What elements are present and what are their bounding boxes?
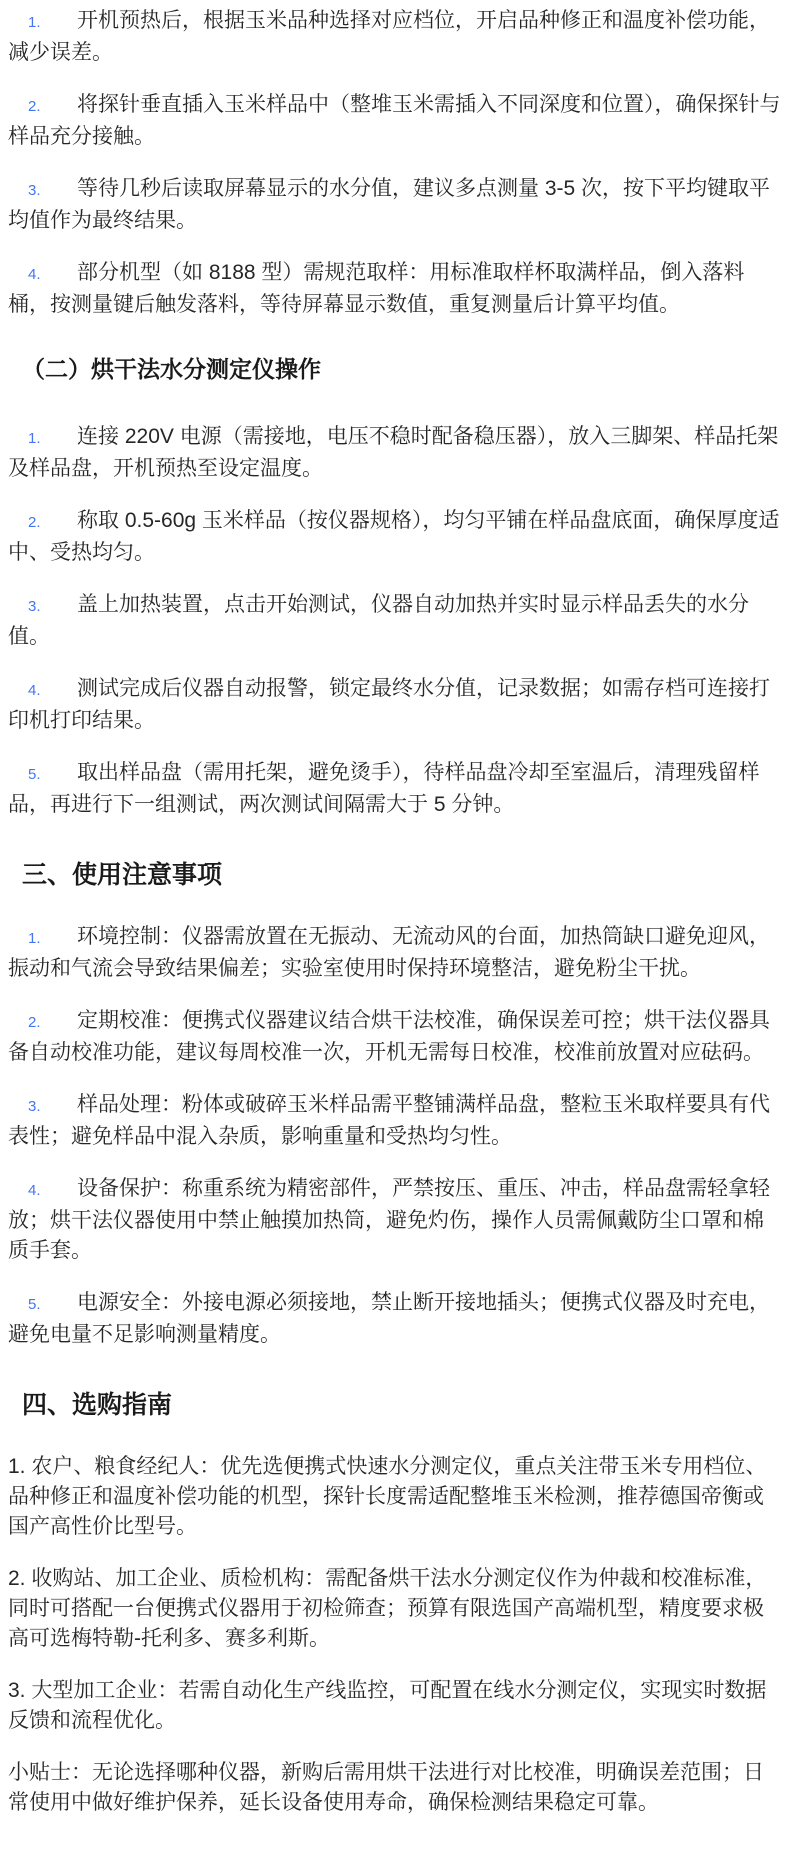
document-body: 1.开机预热后，根据玉米品种选择对应档位，开启品种修正和温度补偿功能，减少误差。… (0, 0, 791, 1850)
list-item: 5.取出样品盘（需用托架，避免烫手），待样品盘冷却至室温后，清理残留样品，再进行… (8, 758, 783, 820)
list-item-number: 3. (28, 176, 77, 206)
subsection-heading-drying-method: （二）烘干法水分测定仪操作 (22, 354, 783, 384)
paragraph-buying-large-enterprises: 3. 大型加工企业：若需自动化生产线监控，可配置在线水分测定仪，实现实时数据反馈… (8, 1676, 783, 1736)
list-item: 4.测试完成后仪器自动报警，锁定最终水分值，记录数据；如需存档可连接打印机打印结… (8, 674, 783, 736)
list-item-number: 2. (28, 508, 77, 538)
list-item-text: 取出样品盘（需用托架，避免烫手），待样品盘冷却至室温后，清理残留样品，再进行下一… (8, 761, 760, 816)
list-item-number: 1. (28, 924, 77, 954)
list-item: 4.设备保护：称重系统为精密部件，严禁按压、重压、冲击，样品盘需轻拿轻放；烘干法… (8, 1174, 783, 1266)
paragraph-tips: 小贴士：无论选择哪种仪器，新购后需用烘干法进行对比校准，明确误差范围；日常使用中… (8, 1758, 783, 1818)
list-item-text: 样品处理：粉体或破碎玉米样品需平整铺满样品盘，整粒玉米取样要具有代表性；避免样品… (8, 1093, 770, 1148)
paragraph-buying-farmers: 1. 农户、粮食经纪人：优先选便携式快速水分测定仪，重点关注带玉米专用档位、品种… (8, 1452, 783, 1542)
list-item: 3.样品处理：粉体或破碎玉米样品需平整铺满样品盘，整粒玉米取样要具有代表性；避免… (8, 1090, 783, 1152)
list-item: 3.等待几秒后读取屏幕显示的水分值，建议多点测量 3-5 次，按下平均键取平均值… (8, 174, 783, 236)
list-item-text: 定期校准：便携式仪器建议结合烘干法校准，确保误差可控；烘干法仪器具备自动校准功能… (8, 1009, 770, 1064)
list-item-number: 4. (28, 260, 77, 290)
list-item-text: 连接 220V 电源（需接地，电压不稳时配备稳压器），放入三脚架、样品托架及样品… (8, 425, 778, 480)
section-heading-precautions: 三、使用注意事项 (22, 860, 783, 890)
list-item-text: 部分机型（如 8188 型）需规范取样：用标准取样杯取满样品，倒入落料桶，按测量… (8, 261, 744, 316)
list-item-text: 等待几秒后读取屏幕显示的水分值，建议多点测量 3-5 次，按下平均键取平均值作为… (8, 177, 770, 232)
list-item-number: 3. (28, 1092, 77, 1122)
list-item-number: 1. (28, 424, 77, 454)
list-item-text: 盖上加热装置，点击开始测试，仪器自动加热并实时显示样品丢失的水分值。 (8, 593, 749, 648)
list-item-text: 设备保护：称重系统为精密部件，严禁按压、重压、冲击，样品盘需轻拿轻放；烘干法仪器… (8, 1177, 770, 1262)
list-item-text: 称取 0.5-60g 玉米样品（按仪器规格），均匀平铺在样品盘底面，确保厚度适中… (8, 509, 779, 564)
list-item-number: 4. (28, 1176, 77, 1206)
list-item: 1.环境控制：仪器需放置在无振动、无流动风的台面，加热筒缺口避免迎风，振动和气流… (8, 922, 783, 984)
section-heading-buying-guide: 四、选购指南 (22, 1390, 783, 1420)
list-item-number: 4. (28, 676, 77, 706)
list-item-text: 开机预热后，根据玉米品种选择对应档位，开启品种修正和温度补偿功能，减少误差。 (8, 9, 770, 64)
list-item-number: 2. (28, 92, 77, 122)
list-item-text: 电源安全：外接电源必须接地，禁止断开接地插头；便携式仪器及时充电，避免电量不足影… (8, 1291, 770, 1346)
list-item-text: 将探针垂直插入玉米样品中（整堆玉米需插入不同深度和位置），确保探针与样品充分接触… (8, 93, 781, 148)
list-item-number: 5. (28, 1290, 77, 1320)
list-item-text: 环境控制：仪器需放置在无振动、无流动风的台面，加热筒缺口避免迎风，振动和气流会导… (8, 925, 770, 980)
list-item: 1.开机预热后，根据玉米品种选择对应档位，开启品种修正和温度补偿功能，减少误差。 (8, 6, 783, 68)
paragraph-buying-stations: 2. 收购站、加工企业、质检机构：需配备烘干法水分测定仪作为仲裁和校准标准，同时… (8, 1564, 783, 1654)
list-item: 1.连接 220V 电源（需接地，电压不稳时配备稳压器），放入三脚架、样品托架及… (8, 422, 783, 484)
list-item: 2.称取 0.5-60g 玉米样品（按仪器规格），均匀平铺在样品盘底面，确保厚度… (8, 506, 783, 568)
list-item: 2.将探针垂直插入玉米样品中（整堆玉米需插入不同深度和位置），确保探针与样品充分… (8, 90, 783, 152)
list-item: 4.部分机型（如 8188 型）需规范取样：用标准取样杯取满样品，倒入落料桶，按… (8, 258, 783, 320)
list-item-number: 1. (28, 8, 77, 38)
list-item: 2.定期校准：便携式仪器建议结合烘干法校准，确保误差可控；烘干法仪器具备自动校准… (8, 1006, 783, 1068)
list-item: 3.盖上加热装置，点击开始测试，仪器自动加热并实时显示样品丢失的水分值。 (8, 590, 783, 652)
list-item-number: 5. (28, 760, 77, 790)
list-item: 5.电源安全：外接电源必须接地，禁止断开接地插头；便携式仪器及时充电，避免电量不… (8, 1288, 783, 1350)
list-item-number: 2. (28, 1008, 77, 1038)
list-item-text: 测试完成后仪器自动报警，锁定最终水分值，记录数据；如需存档可连接打印机打印结果。 (8, 677, 770, 732)
list-item-number: 3. (28, 592, 77, 622)
